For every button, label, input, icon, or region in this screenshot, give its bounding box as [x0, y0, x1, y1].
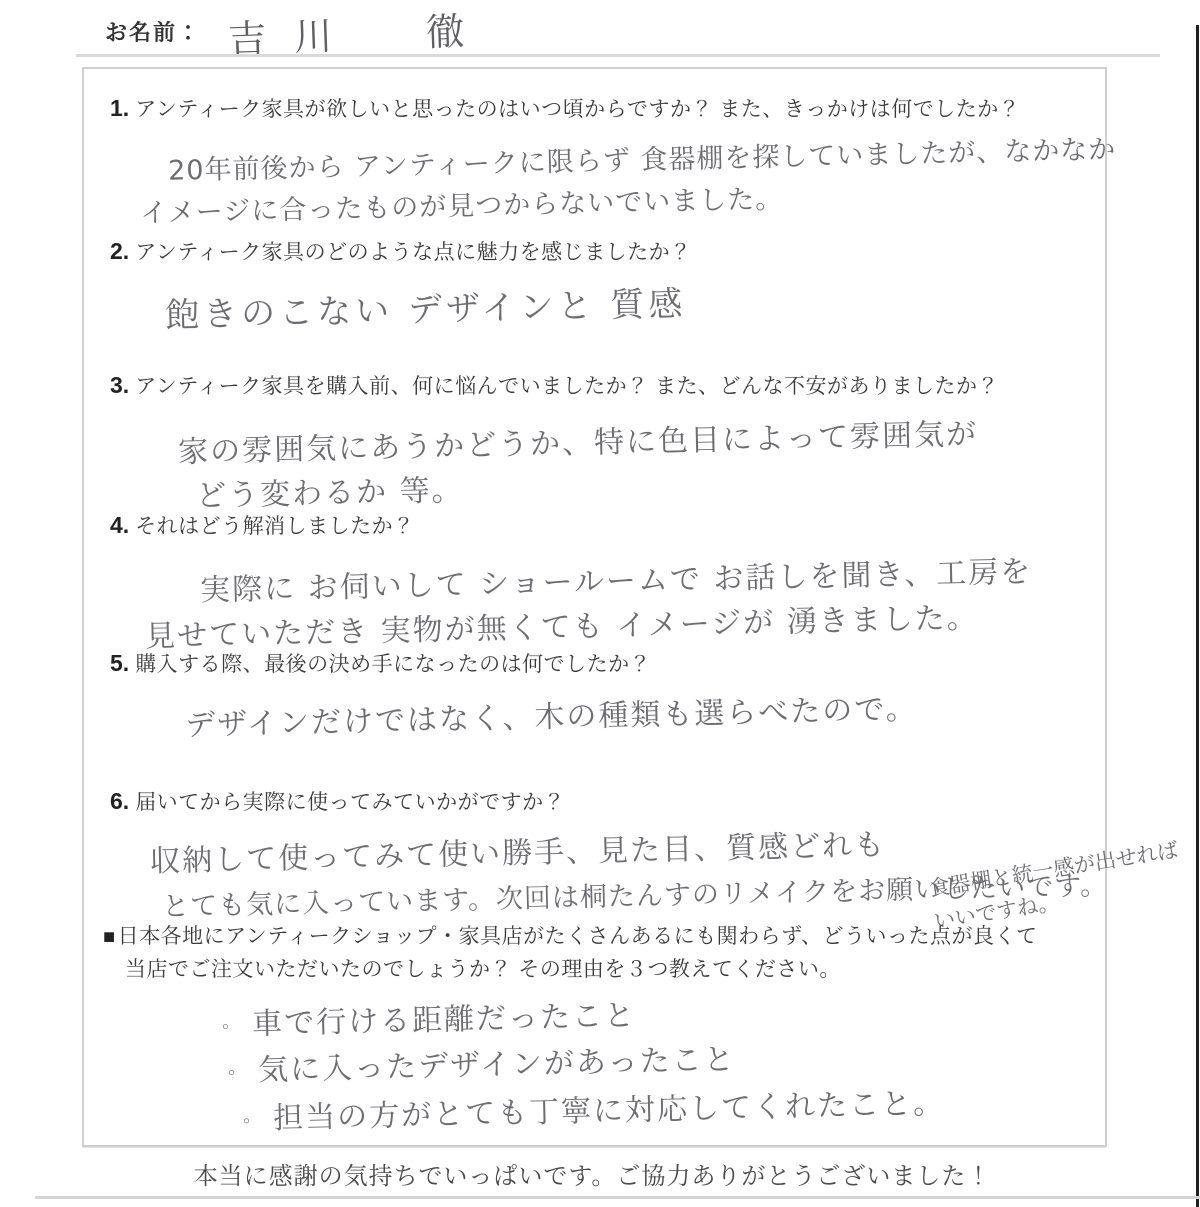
final-question-line-2: 当店でご注文いただいたのでしょうか？ その理由を３つ教えてください。 — [125, 953, 841, 983]
question-4-number: 4. — [110, 512, 129, 538]
question-2-number: 2. — [110, 238, 129, 264]
scanned-survey-page: お名前： 吉川 徹 1.アンティーク家具が欲しいと思ったのはいつ頃からですか？ … — [0, 0, 1200, 1207]
question-2-text: アンティーク家具のどのような点に魅力を感じましたか？ — [135, 241, 691, 264]
reason-1: 。 車で行ける距離だったこと — [222, 990, 637, 1043]
final-question-text-1: 日本各地にアンティークショップ・家具店がたくさんあるにも関わらず、どういった点が… — [118, 925, 1038, 948]
reason-1-text: 車で行ける距離だったこと — [252, 990, 637, 1043]
question-6-number: 6. — [110, 788, 129, 814]
question-2: 2.アンティーク家具のどのような点に魅力を感じましたか？ — [110, 236, 692, 266]
name-label: お名前： — [105, 20, 201, 45]
question-4: 4.それはどう解消しましたか？ — [110, 510, 415, 540]
handwritten-circle-marker: 。 — [243, 1102, 264, 1128]
square-bullet-icon: ■ — [103, 926, 116, 948]
name-underline — [76, 54, 1160, 57]
question-3-number: 3. — [110, 372, 129, 398]
handwritten-circle-marker: 。 — [228, 1053, 249, 1079]
thank-you-message: 本当に感謝の気持ちでいっぱいです。ご協力ありがとうございました！ — [82, 1156, 1103, 1191]
question-4-text: それはどう解消しましたか？ — [135, 515, 415, 538]
question-3: 3.アンティーク家具を購入前、何に悩んでいましたか？ また、どんな不安がありまし… — [110, 370, 999, 400]
final-question-line-1: ■日本各地にアンティークショップ・家具店がたくさんあるにも関わらず、どういった点… — [103, 920, 1037, 950]
question-1-number: 1. — [110, 95, 129, 121]
bottom-scan-line — [35, 1196, 1200, 1199]
scan-edge-line — [1196, 25, 1199, 1207]
question-1-text: アンティーク家具が欲しいと思ったのはいつ頃からですか？ また、きっかけは何でした… — [135, 98, 1020, 121]
answer-3-line-2: どう変わるか 等。 — [196, 465, 464, 515]
name-row: お名前： — [105, 16, 201, 47]
question-6: 6.届いてから実際に使ってみていかがですか？ — [110, 786, 565, 816]
question-5: 5.購入する際、最後の決め手になったのは何でしたか？ — [110, 648, 651, 678]
question-1: 1.アンティーク家具が欲しいと思ったのはいつ頃からですか？ また、きっかけは何で… — [110, 93, 1020, 123]
question-5-text: 購入する際、最後の決め手になったのは何でしたか？ — [135, 653, 651, 676]
question-3-text: アンティーク家具を購入前、何に悩んでいましたか？ また、どんな不安がありましたか… — [135, 375, 999, 398]
question-6-text: 届いてから実際に使ってみていかがですか？ — [135, 791, 565, 814]
handwritten-circle-marker: 。 — [222, 1007, 243, 1033]
question-5-number: 5. — [110, 650, 129, 676]
